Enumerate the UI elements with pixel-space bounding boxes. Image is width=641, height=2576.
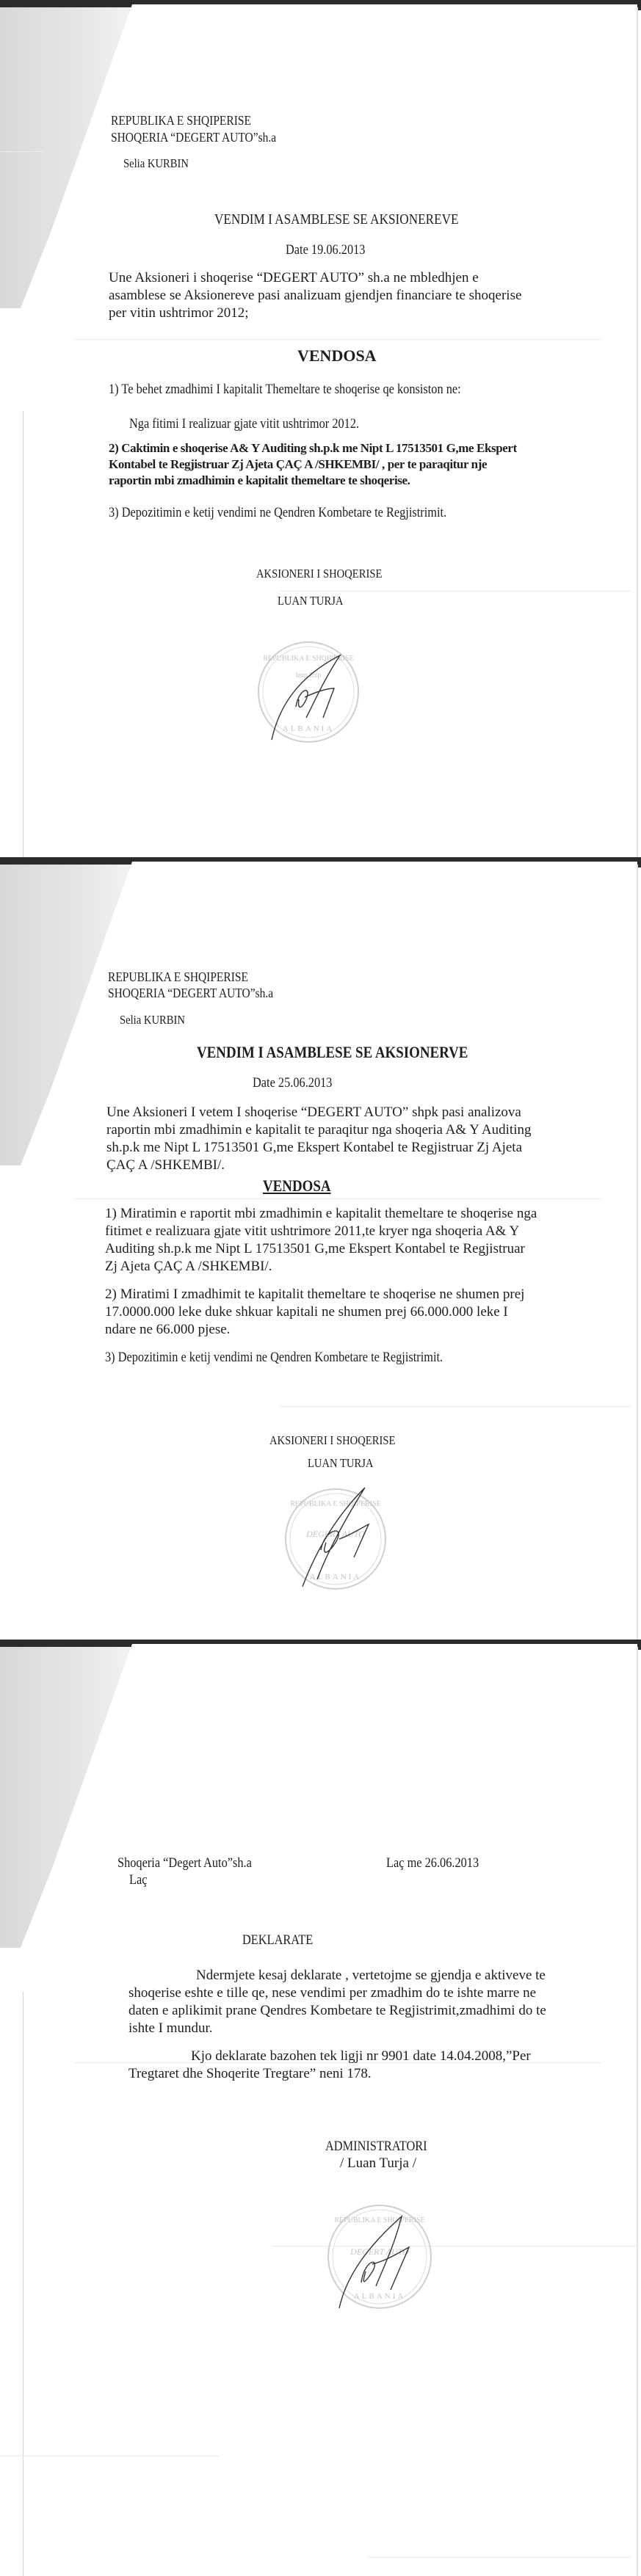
page-edge [637, 7, 638, 857]
scan-artifact-line [0, 2456, 220, 2456]
declaration-paragraph-2: Kjo deklarate bazohen tek ligji nr 9901 … [128, 2048, 554, 2083]
decision-heading: VENDOSA [263, 1176, 331, 1196]
decision-date: Date 19.06.2013 [286, 242, 365, 259]
page-edge [23, 1992, 23, 2576]
company-city: Laç [129, 1872, 147, 1889]
signature-role: AKSIONERI I SHOQERISE [256, 567, 382, 581]
intro-paragraph: Une Aksioneri i shoqerise “DEGERT AUTO” … [109, 269, 538, 322]
header-seat: Selia KURBIN [123, 156, 189, 171]
intro-paragraph: Une Aksioneri I vetem I shoqerise “DEGER… [106, 1104, 532, 1174]
decision-item-2: 2) Caktimin e shoqerise A& Y Auditing sh… [109, 440, 520, 489]
stamp-text-top: REPUBLIKA E SHQIPERISE [290, 1500, 380, 1508]
signature-name: / Luan Turja / [340, 2155, 416, 2172]
signature-name: LUAN TURJA [278, 594, 343, 608]
company-stamp-with-signature: REPUBLIKA E SHQIPERISE DEGERT AUTO ALBAN… [325, 2202, 435, 2312]
scan-artifact-line [0, 151, 44, 152]
stamp-text-top: REPUBLIKA E SHQIPERISE [334, 2216, 424, 2224]
decision-item-2: 2) Miratimi I zmadhimit te kapitalit the… [105, 1286, 538, 1339]
place-date: Laç me 26.06.2013 [386, 1855, 479, 1872]
stamp-text-bottom: ALBANIA [310, 1573, 362, 1582]
stamp-text-middle: DEGERT AUTO [305, 1529, 365, 1539]
decision-item-3: 3) Depozitimin e ketij vendimi ne Qendre… [109, 505, 446, 522]
header-company: SHOQERIA “DEGERT AUTO”sh.a [108, 986, 273, 1002]
stamp-text-bottom: ALBANIA [354, 2292, 406, 2301]
decision-title: VENDIM I ASAMBLESE SE AKSIONERVE [197, 1043, 468, 1062]
scan-artifact-line [73, 1198, 602, 1199]
page-edge [23, 411, 23, 857]
signature-role: AKSIONERI I SHOQERISE [269, 1433, 395, 1448]
decision-item-1: 1) Te behet zmadhimi I kapitalit Themelt… [109, 382, 461, 399]
header-republic: REPUBLIKA E SHQIPERISE [108, 969, 248, 986]
signature-name: LUAN TURJA [308, 1456, 373, 1471]
decision-item-1-detail: Nga fitimi I realizuar gjate vitit ushtr… [129, 416, 359, 433]
paper-sheet [0, 1644, 637, 2576]
scanned-page-3: Shoqeria “Degert Auto”sh.a Laç Laç me 26… [0, 1640, 641, 2576]
decision-item-1: 1) Miratimin e raportit mbi zmadhimin e … [105, 1205, 538, 1276]
scan-artifact-line [73, 339, 602, 340]
declaration-title: DEKLARATE [242, 1932, 313, 1949]
signature-role: ADMINISTRATORI [325, 2139, 427, 2155]
company-stamp-with-signature: REPUBLIKA E SHQIPERISE DEGERT AUTO ALBAN… [280, 1484, 391, 1594]
header-republic: REPUBLIKA E SHQIPERISE [111, 113, 251, 129]
stamp-text-middle: Imp Exp [296, 672, 322, 680]
company-stamp-with-signature: REPUBLIKA E SHQIPERISE Imp Exp ALBANIA [253, 637, 363, 747]
decision-date: Date 25.06.2013 [253, 1075, 332, 1092]
declaration-paragraph-1: Ndermjete kesaj deklarate , vertetojme s… [128, 1967, 554, 2037]
header-seat: Selia KURBIN [120, 1013, 185, 1027]
page-edge [637, 1647, 638, 2576]
decision-heading: VENDOSA [297, 346, 377, 365]
header-company: SHOQERIA “DEGERT AUTO”sh.a [111, 130, 276, 146]
stamp-text-bottom: ALBANIA [283, 724, 335, 733]
page-edge [637, 865, 638, 1640]
scan-artifact-line [367, 2557, 631, 2558]
scan-artifact-line [279, 1406, 631, 1407]
company-name: Shoqeria “Degert Auto”sh.a [117, 1855, 252, 1872]
scanned-page-2: REPUBLIKA E SHQIPERISE SHOQERIA “DEGERT … [0, 857, 641, 1640]
decision-item-3: 3) Depozitimin e ketij vendimi ne Qendre… [105, 1350, 443, 1367]
scan-artifact-line [279, 591, 631, 592]
scanned-page-1: REPUBLIKA E SHQIPERISE SHOQERIA “DEGERT … [0, 0, 641, 857]
decision-title: VENDIM I ASAMBLESE SE AKSIONEREVE [214, 211, 459, 228]
